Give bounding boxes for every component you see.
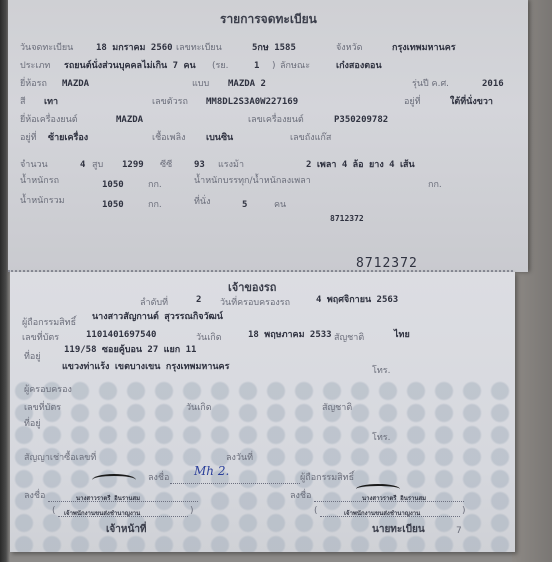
registration-page-upper: รายการจดทะเบียน วันจดทะเบียน 18 มกราคม 2… [8, 0, 528, 272]
province-value: กรุงเทพมหานคร [392, 43, 456, 54]
reg-date-value: 18 มกราคม 2560 [96, 43, 173, 54]
gross-value: 1050 [102, 200, 124, 211]
reg-date-label: วันจดทะเบียน [20, 43, 73, 54]
axles-wheels-value: 2 เพลา 4 ล้อ ยาง 4 เส้น [306, 160, 415, 171]
page-number: 7 [456, 526, 462, 537]
nationality-value: ไทย [394, 330, 410, 341]
possessor-dob-label: วันเกิด [186, 403, 212, 414]
color-value: เทา [44, 97, 58, 108]
possessor-label: ผู้ครอบครอง [24, 385, 72, 396]
dob-value: 18 พฤษภาคม 2533 [248, 330, 332, 341]
serial-number-large: 8712372 [356, 258, 418, 269]
possessor-address-label: ที่อยู่ [24, 419, 41, 430]
owner-role-label: ผู้ถือกรรมสิทธิ์ [300, 473, 354, 484]
seats-unit: คน [274, 200, 286, 211]
owner-signature-ink: Mh 2. [194, 466, 229, 477]
year-label: รุ่นปี ค.ศ. [412, 79, 449, 90]
contract-date-label: ลงวันที่ [226, 453, 253, 464]
type-label: ประเภท [20, 61, 50, 72]
registrar-name: นางสาวราตรี อินรานสม [362, 493, 426, 504]
owner-sign-line [170, 473, 300, 484]
model-value: MAZDA 2 [228, 79, 266, 90]
id-value: 1101401697540 [86, 330, 156, 341]
hp-value: 93 [194, 160, 205, 171]
code-close: ) [272, 61, 276, 72]
payload-label: น้ำหนักบรรทุก/น้ำหนักลงเพลา [194, 176, 311, 187]
registrar-position: เจ้าพนักงานขนส่งชำนาญงาน [344, 508, 420, 519]
chassis-pos-value: ใต้ที่นั่งขวา [450, 97, 493, 108]
code-value: 1 [254, 61, 259, 72]
plate-label: เลขทะเบียน [176, 43, 222, 54]
weight-unit: กก. [148, 180, 162, 191]
owner-section-title: เจ้าของรถ [228, 282, 276, 293]
chassis-pos-label: อยู่ที่ [404, 97, 421, 108]
possess-date-value: 4 พฤศจิกายน 2563 [316, 295, 398, 306]
cc-unit: ซีซี [160, 160, 172, 171]
cylinders-unit: สูบ [92, 160, 103, 171]
owner-sign-label: ลงชื่อ [148, 473, 169, 484]
possess-date-label: วันที่ครอบครองรถ [220, 298, 290, 309]
registrar-paren-open: ( [314, 506, 318, 517]
officer-role-label: เจ้าหน้าที่ [106, 524, 147, 535]
address-label: ที่อยู่ [24, 352, 41, 363]
count-label: จำนวน [20, 160, 48, 171]
seq-label: ลำดับที่ [140, 298, 168, 309]
gross-unit: กก. [148, 200, 162, 211]
brand-value: MAZDA [62, 79, 89, 90]
cc-value: 1299 [122, 160, 144, 171]
engine-brand-value: MAZDA [116, 115, 143, 126]
officer-paren-close: ) [190, 506, 194, 517]
model-label: แบบ [192, 79, 209, 90]
registrar-paren-close: ) [462, 506, 466, 517]
engine-brand-label: ยี่ห้อเครื่องยนต์ [20, 115, 78, 126]
fuel-label: เชื้อเพลิง [152, 133, 186, 144]
weight-label: น้ำหนักรถ [20, 176, 59, 187]
engine-no-label: เลขเครื่องยนต์ [248, 115, 304, 126]
hire-purchase-label: สัญญาเช่าซื้อเลขที่ [24, 453, 96, 464]
address-line1: 119/58 ซอยคู้บอน 27 แยก 11 [64, 345, 196, 356]
hp-unit: แรงม้า [218, 160, 244, 171]
plate-value: 5กษ 1585 [252, 43, 296, 54]
province-label: จังหวัด [336, 43, 363, 54]
seats-value: 5 [242, 200, 247, 211]
style-label: ลักษณะ [280, 61, 310, 72]
gas-tank-label: เลขถังแก๊ส [290, 133, 331, 144]
owner-name: นางสาวสัญกานต์ สุวรรณกิจวัฒน์ [92, 312, 223, 323]
year-value: 2016 [482, 79, 504, 90]
officer-name: นางสาวราตรี อินรานสม [76, 493, 140, 504]
nationality-label: สัญชาติ [334, 333, 364, 344]
seq-value: 2 [196, 295, 201, 306]
seats-label: ที่นั่ง [194, 197, 210, 208]
chassis-value: MM8DL2S3A0W227169 [206, 97, 298, 108]
owner-phone-label: โทร. [372, 366, 390, 377]
officer-position: เจ้าพนักงานขนส่งชำนาญงาน [64, 508, 140, 519]
registrar-sign-label: ลงชื่อ [290, 491, 311, 502]
gross-label: น้ำหนักรวม [20, 196, 65, 207]
possessor-phone-label: โทร. [372, 433, 390, 444]
engine-no-value: P350209782 [334, 115, 388, 126]
brand-label: ยี่ห้อรถ [20, 79, 47, 90]
officer-paren-open: ( [52, 506, 56, 517]
dob-label: วันเกิด [196, 333, 222, 344]
type-value: รถยนต์นั่งส่วนบุคคลไม่เกิน 7 คน [64, 61, 196, 72]
weight-value: 1050 [102, 180, 124, 191]
id-label: เลขที่บัตร [22, 333, 59, 344]
cylinders-value: 4 [80, 160, 85, 171]
color-label: สี [20, 97, 26, 108]
engine-pos-label: อยู่ที่ [20, 133, 37, 144]
registrar-role-label: นายทะเบียน [372, 524, 425, 535]
code-open: (รย. [212, 61, 228, 72]
engine-pos-value: ซ้ายเครื่อง [48, 133, 88, 144]
fuel-value: เบนซิน [206, 133, 233, 144]
payload-unit: กก. [428, 180, 442, 191]
owner-signature-scribble [92, 474, 136, 486]
chassis-label: เลขตัวรถ [152, 97, 188, 108]
possessor-nationality-label: สัญชาติ [322, 403, 352, 414]
officer-sign-label: ลงชื่อ [24, 491, 45, 502]
owner-label: ผู้ถือกรรมสิทธิ์ [22, 318, 76, 329]
style-value: เก๋งสองตอน [336, 61, 382, 72]
serial-number: 8712372 [330, 213, 364, 224]
possessor-id-label: เลขที่บัตร [24, 403, 61, 414]
page-title: รายการจดทะเบียน [220, 14, 317, 25]
address-line2: แขวงท่าแร้ง เขตบางเขน กรุงเทพมหานคร [62, 362, 229, 373]
